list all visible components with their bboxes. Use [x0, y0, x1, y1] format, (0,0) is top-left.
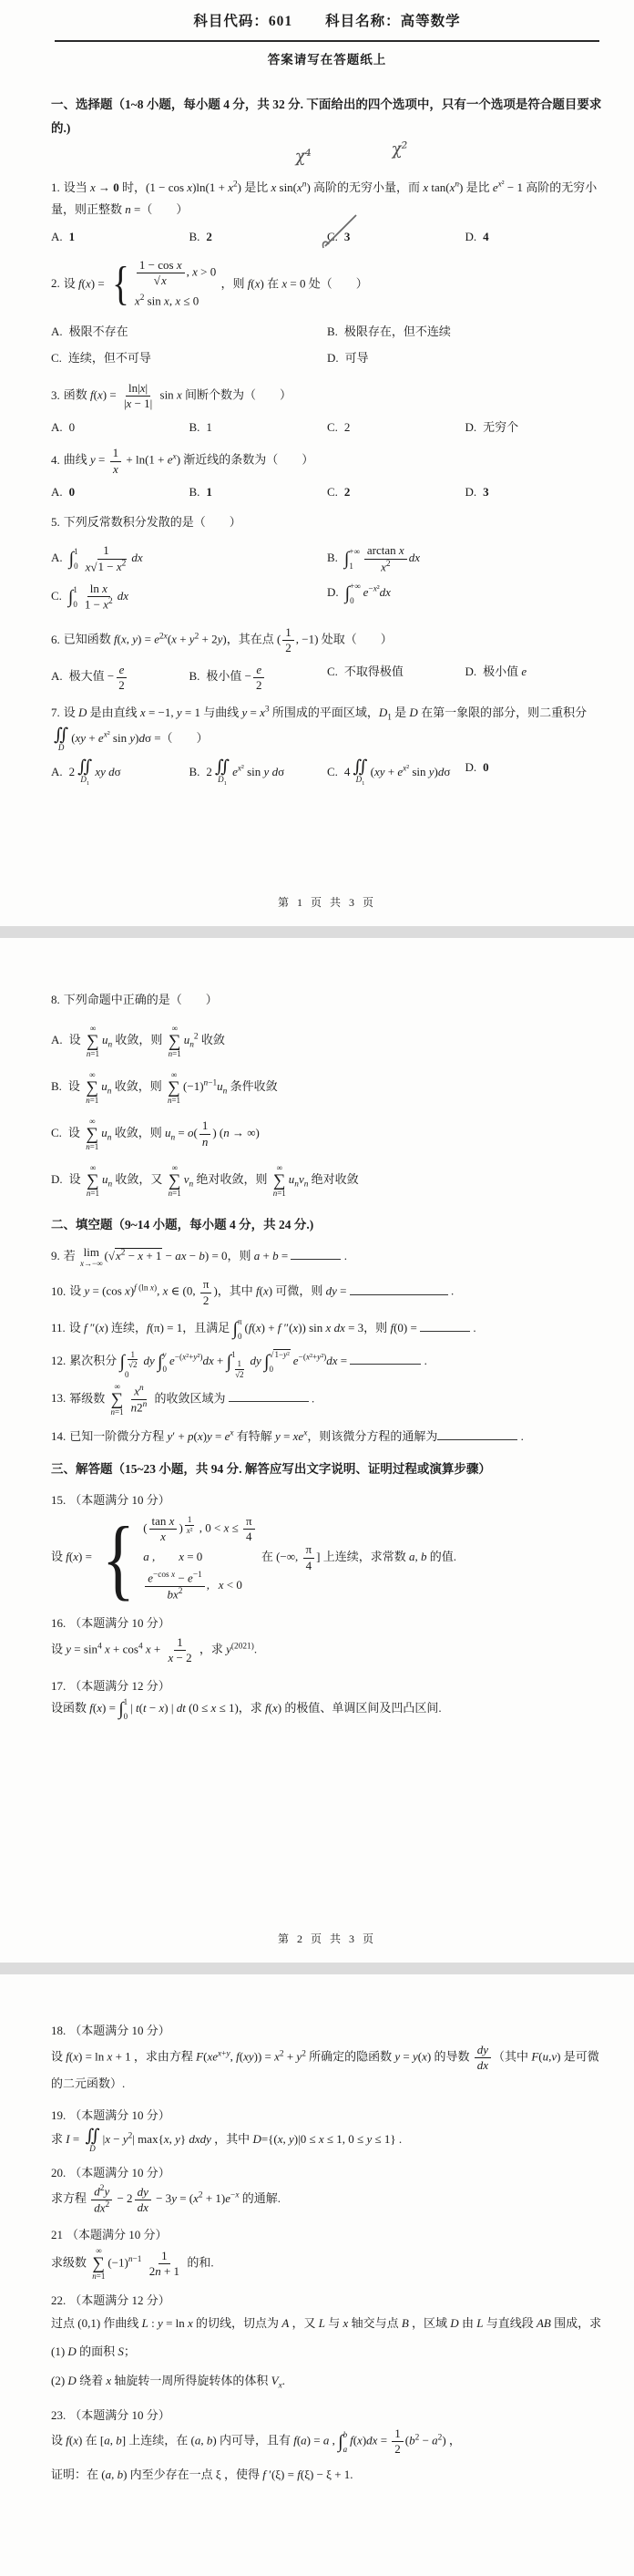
option-value: 1 [206, 485, 212, 499]
question-6-option-B: B.极小值 −e2 [189, 663, 328, 694]
question-8-options: A.设 ∞∑n=1un 收敛，则 ∞∑n=1un2 收敛B.设 ∞∑n=1un … [51, 1018, 603, 1204]
question-score: （本题满分 10 分） [69, 1493, 170, 1507]
option-value: 极小值 −e2 [206, 669, 266, 683]
option-value: 设 ∞∑n=1un 收敛，又 ∞∑n=1vn 绝对收敛，则 ∞∑n=1unvn … [69, 1172, 359, 1186]
option-label: B. [327, 551, 338, 564]
question-21-body: 21（本题满分 10 分）求级数 ∞∑n=1(−1)n−1 12n + 1 的和… [51, 2224, 603, 2281]
question-number: 16. [51, 1616, 66, 1630]
question-number: 23. [51, 2408, 66, 2422]
question-14: 14.已知一阶微分方程 y′ + p(x)y = ex 有特解 y = xex，… [51, 1426, 603, 1448]
question-23-body: 23.（本题满分 10 分）设 f(x) 在 [a, b] 上连续，在 (a, … [51, 2405, 603, 2458]
question-4-option-B: B.1 [189, 483, 328, 502]
question-score: （本题满分 10 分） [69, 2166, 170, 2179]
option-value: 2 [344, 485, 351, 499]
question-4-option-C: C.2 [327, 483, 465, 502]
option-label: A. [51, 325, 63, 338]
handwritten-note: χ² [391, 136, 410, 164]
question-16: 16.（本题满分 10 分）设 y = sin4 x + cos4 x + 1x… [51, 1613, 603, 1665]
option-label: B. [189, 765, 200, 778]
option-value: 极限不存在 [69, 325, 128, 338]
question-8-option-A: A.设 ∞∑n=1un 收敛，则 ∞∑n=1un2 收敛 [51, 1025, 603, 1058]
answer-note: 答案请写在答题纸上 [51, 50, 603, 70]
question-2-body: 2.设 f(x) = {1 − cos x√x, x > 0x2 sin x, … [51, 256, 603, 314]
question-number: 6. [51, 633, 60, 646]
option-value: 2∬D1xy dσ [69, 765, 121, 778]
option-value: 4∬D1(xy + ex² sin y)dσ [344, 765, 450, 778]
option-value: 1 [69, 230, 76, 243]
question-number: 17. [51, 1679, 66, 1693]
question-5: 5.下列反常数积分发散的是（ ）A.∫101x√1 − x2dxB.∫+∞1ar… [51, 511, 603, 616]
option-label: B. [189, 420, 200, 434]
question-number: 18. [51, 2024, 66, 2037]
question-20-body: 20.（本题满分 10 分）求方程 d2ydx2 − 2dydx − 3y = … [51, 2162, 603, 2216]
option-label: C. [51, 589, 62, 603]
question-1-body: 1.设当 x → 0 时，(1 − cos x)ln(1 + x2) 是比 x … [51, 177, 603, 222]
option-label: B. [189, 669, 200, 683]
question-number: 21 [51, 2228, 63, 2241]
question-5-option-C: C.∫10ln x1 − x2dx [51, 582, 327, 613]
question-22: 22.（本题满分 12 分）过点 (0,1) 作曲线 L : y = ln x … [51, 2290, 603, 2395]
question-22-body: 22.（本题满分 12 分）过点 (0,1) 作曲线 L : y = ln x … [51, 2290, 603, 2334]
option-label: D. [465, 420, 477, 434]
option-value: 1 [206, 420, 212, 434]
question-3-option-B: B.1 [189, 418, 328, 438]
question-number: 4. [51, 453, 60, 467]
option-label: B. [189, 485, 200, 499]
question-4: 4.曲线 y = 1x + ln(1 + ex) 渐近线的条数为（ ）A.0B.… [51, 446, 603, 501]
question-10: 10.设 y = (cos x)f (ln x), x ∈ (0, π2)，其中… [51, 1277, 603, 1308]
question-22-line-1: (1) D 的面积 S； [51, 2341, 603, 2364]
option-label: D. [327, 351, 339, 365]
question-score: （本题满分 10 分） [69, 2024, 170, 2037]
subject-code: 科目代码：601 [193, 14, 292, 29]
question-12: 12.累次积分 ∫1√20dy ∫y0e−(x²+y²)dx + ∫11√2dy… [51, 1350, 603, 1374]
question-score: （本题满分 10 分） [66, 2228, 168, 2241]
option-value: 设 ∞∑n=1un 收敛，则 ∞∑n=1(−1)n−1un 条件收敛 [68, 1079, 278, 1093]
page-1-content: 一、选择题（1~8 小题，每小题 4 分，共 32 分. 下面给出的四个选项中，… [51, 84, 603, 796]
option-value: 4 [483, 230, 489, 243]
question-8-option-B: B.设 ∞∑n=1un 收敛，则 ∞∑n=1(−1)n−1un 条件收敛 [51, 1071, 603, 1105]
option-value: 2 [206, 230, 212, 243]
page-3-content: 18.（本题满分 10 分）设 f(x) = ln x + 1 ，求由方程 F(… [51, 2011, 603, 2495]
option-value: 0 [69, 485, 76, 499]
question-number: 2. [51, 276, 60, 290]
question-number: 15. [51, 1493, 66, 1507]
question-number: 3. [51, 388, 60, 402]
option-label: C. [327, 665, 338, 678]
page-1-footer: 第 1 页 共 3 页 [51, 889, 603, 926]
question-16-body: 16.（本题满分 10 分）设 y = sin4 x + cos4 x + 1x… [51, 1613, 603, 1665]
option-label: D. [465, 760, 477, 774]
question-15: 15.（本题满分 10 分）设 f(x) = {(tan xx)1x² , 0 … [51, 1489, 603, 1603]
question-number: 1. [51, 180, 60, 194]
option-label: A. [51, 551, 63, 564]
question-8-body: 8.下列命题中正确的是（ ） [51, 989, 603, 1012]
question-7-option-C: C.4∬D1(xy + ex² sin y)dσ [327, 758, 465, 787]
question-1-option-D: D.4 [465, 228, 604, 247]
question-number: 10. [51, 1284, 66, 1298]
question-23: 23.（本题满分 10 分）设 f(x) 在 [a, b] 上连续，在 (a, … [51, 2405, 603, 2487]
question-number: 7. [51, 706, 60, 719]
option-label: C. [327, 230, 338, 243]
question-5-option-D: D.∫+∞0e−x²dx [327, 582, 603, 613]
question-6-option-D: D.极小值 e [465, 663, 604, 694]
question-4-option-A: A.0 [51, 483, 189, 502]
option-value: 0 [69, 420, 76, 434]
question-number: 22. [51, 2293, 66, 2307]
question-10-body: 10.设 y = (cos x)f (ln x), x ∈ (0, π2)，其中… [51, 1277, 603, 1308]
option-value: 不取得极值 [344, 665, 404, 678]
question-number: 5. [51, 515, 60, 529]
option-label: B. [189, 230, 200, 243]
question-1-option-C: C.3 [327, 228, 465, 247]
section-title: 二、填空题（9~14 小题，每小题 4 分，共 24 分.) [51, 1213, 603, 1237]
option-label: D. [465, 230, 477, 243]
question-11-body: 11.设 f ″(x) 连续，f(π) = 1，且满足 ∫π0(f(x) + f… [51, 1317, 603, 1341]
option-value: 极大值 −e2 [69, 669, 129, 683]
option-label: C. [51, 351, 62, 365]
option-value: 3 [483, 485, 489, 499]
question-6-options: A.极大值 −e2B.极小值 −e2C.不取得极值D.极小值 e [51, 663, 603, 694]
option-label: A. [51, 669, 63, 683]
question-number: 13. [51, 1391, 66, 1405]
question-4-option-D: D.3 [465, 483, 604, 502]
question-3-option-A: A.0 [51, 418, 189, 438]
option-value: ∫+∞1arctan xx2dx [344, 551, 420, 564]
option-value: 无穷个 [483, 420, 518, 434]
question-9: 9.若 limx→−∞(√x2 − x + 1 − ax − b) = 0，则 … [51, 1245, 603, 1268]
option-value: 设 ∞∑n=1un 收敛，则 un = o(1n) (n → ∞) [68, 1126, 260, 1139]
question-21: 21（本题满分 10 分）求级数 ∞∑n=1(−1)n−1 12n + 1 的和… [51, 2224, 603, 2281]
option-value: 可导 [345, 351, 369, 365]
question-17: 17.（本题满分 12 分）设函数 f(x) = ∫10| t(t − x) |… [51, 1675, 603, 1722]
question-5-option-B: B.∫+∞1arctan xx2dx [327, 543, 603, 574]
question-8-option-C: C.设 ∞∑n=1un 收敛，则 un = o(1n) (n → ∞) [51, 1118, 603, 1151]
question-7-body: 7.设 D 是由直线 x = −1, y = 1 与曲线 y = x3 所围成的… [51, 702, 603, 752]
question-score: （本题满分 10 分） [69, 2108, 170, 2122]
exam-page-1: 科目代码：601科目名称：高等数学 答案请写在答题纸上 一、选择题（1~8 小题… [0, 0, 634, 926]
question-6-option-A: A.极大值 −e2 [51, 663, 189, 694]
option-label: D. [51, 1172, 63, 1186]
handwritten-annotations: χ⁴χ² [51, 142, 603, 168]
question-1-option-A: A.1 [51, 228, 189, 247]
question-20: 20.（本题满分 10 分）求方程 d2ydx2 − 2dydx − 3y = … [51, 2162, 603, 2216]
option-value: 设 ∞∑n=1un 收敛，则 ∞∑n=1un2 收敛 [69, 1033, 225, 1046]
question-13: 13.幂级数 ∞∑n=1xnn2n 的收敛区域为 . [51, 1383, 603, 1417]
option-value: ∫+∞0e−x²dx [345, 585, 391, 599]
option-value: 极限存在，但不连续 [344, 325, 451, 338]
question-4-body: 4.曲线 y = 1x + ln(1 + ex) 渐近线的条数为（ ） [51, 446, 603, 477]
question-19: 19.（本题满分 10 分）求 I = ∬D|x − y2| max{x, y}… [51, 2105, 603, 2153]
exam-paper-scan: 科目代码：601科目名称：高等数学 答案请写在答题纸上 一、选择题（1~8 小题… [0, 0, 634, 2576]
question-number: 8. [51, 993, 60, 1006]
page-2-content: 8.下列命题中正确的是（ ）A.设 ∞∑n=1un 收敛，则 ∞∑n=1un2 … [51, 980, 603, 1730]
question-11: 11.设 f ″(x) 连续，f(π) = 1，且满足 ∫π0(f(x) + f… [51, 1317, 603, 1341]
question-number: 9. [51, 1249, 60, 1262]
question-3-option-D: D.无穷个 [465, 418, 604, 438]
question-2: 2.设 f(x) = {1 − cos x√x, x > 0x2 sin x, … [51, 256, 603, 372]
question-5-option-A: A.∫101x√1 − x2dx [51, 543, 327, 574]
question-7-option-A: A.2∬D1xy dσ [51, 758, 189, 787]
question-6: 6.已知函数 f(x, y) = e2x(x + y2 + 2y)，其在点 (1… [51, 625, 603, 693]
option-value: ∫101x√1 − x2dx [69, 551, 143, 564]
question-5-options: A.∫101x√1 − x2dxB.∫+∞1arctan xx2dxC.∫10l… [51, 540, 603, 616]
question-7-options: A.2∬D1xy dσB.2∬D1ex² sin y dσC.4∬D1(xy +… [51, 758, 603, 787]
option-value: 0 [483, 760, 489, 774]
question-score: （本题满分 12 分） [69, 2293, 170, 2307]
header-rule [55, 40, 599, 42]
question-2-option-C: C.连续，但不可导 [51, 349, 327, 368]
question-13-body: 13.幂级数 ∞∑n=1xnn2n 的收敛区域为 . [51, 1383, 603, 1417]
option-label: B. [327, 325, 338, 338]
question-3-option-C: C.2 [327, 418, 465, 438]
option-label: D. [465, 485, 477, 499]
option-label: A. [51, 765, 63, 778]
question-1-option-B: B.2 [189, 228, 328, 247]
question-number: 20. [51, 2166, 66, 2179]
option-value: 连续，但不可导 [68, 351, 151, 365]
question-score: （本题满分 10 分） [69, 2408, 170, 2422]
option-value: 3 [344, 230, 351, 243]
question-1: 1.设当 x → 0 时，(1 − cos x)ln(1 + x2) 是比 x … [51, 177, 603, 247]
question-6-option-C: C.不取得极值 [327, 663, 465, 694]
exam-header: 科目代码：601科目名称：高等数学 [51, 11, 603, 34]
option-value: 2∬D1ex² sin y dσ [206, 765, 284, 778]
question-7: 7.设 D 是由直线 x = −1, y = 1 与曲线 y = x3 所围成的… [51, 702, 603, 788]
question-9-body: 9.若 limx→−∞(√x2 − x + 1 − ax − b) = 0，则 … [51, 1245, 603, 1268]
page-2-footer: 第 2 页 共 3 页 [51, 1925, 603, 1963]
option-label: A. [51, 420, 63, 434]
question-score: （本题满分 12 分） [69, 1679, 170, 1693]
question-23-line-1: 证明：在 (a, b) 内至少存在一点 ξ ，使得 f ′(ξ) = f(ξ) … [51, 2464, 603, 2487]
option-label: B. [51, 1079, 62, 1093]
question-1-options: A.1B.2C.3D.4 [51, 228, 603, 247]
option-label: C. [327, 765, 338, 778]
option-label: D. [465, 665, 477, 678]
option-label: D. [327, 585, 339, 599]
question-22-line-2: (2) D 绕着 x 轴旋转一周所得旋转体的体积 Vx. [51, 2370, 603, 2395]
question-2-options: A.极限不存在B.极限存在，但不连续C.连续，但不可导D.可导 [51, 319, 603, 372]
question-7-option-B: B.2∬D1ex² sin y dσ [189, 758, 328, 787]
question-score: （本题满分 10 分） [69, 1616, 170, 1630]
question-6-body: 6.已知函数 f(x, y) = e2x(x + y2 + 2y)，其在点 (1… [51, 625, 603, 656]
page-divider [0, 1963, 634, 1974]
page-divider [0, 926, 634, 938]
question-14-body: 14.已知一阶微分方程 y′ + p(x)y = ex 有特解 y = xex，… [51, 1426, 603, 1448]
option-label: C. [327, 420, 338, 434]
option-value: 极小值 e [483, 665, 527, 678]
subject-name: 科目名称：高等数学 [325, 14, 461, 29]
question-2-option-D: D.可导 [327, 349, 603, 368]
question-17-body: 17.（本题满分 12 分）设函数 f(x) = ∫10| t(t − x) |… [51, 1675, 603, 1722]
question-8: 8.下列命题中正确的是（ ）A.设 ∞∑n=1un 收敛，则 ∞∑n=1un2 … [51, 989, 603, 1204]
question-number: 19. [51, 2108, 66, 2122]
question-4-options: A.0B.1C.2D.3 [51, 483, 603, 502]
option-value: ∫10ln x1 − x2dx [68, 589, 128, 603]
question-3-options: A.0B.1C.2D.无穷个 [51, 418, 603, 438]
option-label: C. [51, 1126, 62, 1139]
question-number: 12. [51, 1354, 66, 1367]
section-title: 一、选择题（1~8 小题，每小题 4 分，共 32 分. 下面给出的四个选项中，… [51, 93, 603, 139]
option-label: A. [51, 230, 63, 243]
option-value: 2 [344, 420, 351, 434]
question-18-body: 18.（本题满分 10 分）设 f(x) = ln x + 1 ，求由方程 F(… [51, 2020, 603, 2096]
question-12-body: 12.累次积分 ∫1√20dy ∫y0e−(x²+y²)dx + ∫11√2dy… [51, 1350, 603, 1374]
question-3-body: 3.函数 f(x) = ln|x||x − 1| sin x 间断个数为（ ） [51, 381, 603, 412]
question-number: 11. [51, 1321, 66, 1334]
option-label: C. [327, 485, 338, 499]
question-7-option-D: D.0 [465, 758, 604, 787]
question-2-option-A: A.极限不存在 [51, 323, 327, 342]
question-number: 14. [51, 1429, 66, 1443]
exam-page-3: 18.（本题满分 10 分）设 f(x) = ln x + 1 ，求由方程 F(… [0, 1974, 634, 2576]
question-18: 18.（本题满分 10 分）设 f(x) = ln x + 1 ，求由方程 F(… [51, 2020, 603, 2096]
question-15-body: 15.（本题满分 10 分）设 f(x) = {(tan xx)1x² , 0 … [51, 1489, 603, 1603]
question-2-option-B: B.极限存在，但不连续 [327, 323, 603, 342]
option-label: A. [51, 1033, 63, 1046]
question-8-option-D: D.设 ∞∑n=1un 收敛，又 ∞∑n=1vn 绝对收敛，则 ∞∑n=1unv… [51, 1164, 603, 1198]
section-title: 三、解答题（15~23 小题，共 94 分. 解答应写出文字说明、证明过程或演算… [51, 1458, 603, 1481]
question-3: 3.函数 f(x) = ln|x||x − 1| sin x 间断个数为（ ）A… [51, 381, 603, 437]
handwritten-note: χ⁴ [294, 143, 312, 170]
question-19-body: 19.（本题满分 10 分）求 I = ∬D|x − y2| max{x, y}… [51, 2105, 603, 2153]
exam-page-2: 8.下列命题中正确的是（ ）A.设 ∞∑n=1un 收敛，则 ∞∑n=1un2 … [0, 938, 634, 1963]
question-5-body: 5.下列反常数积分发散的是（ ） [51, 511, 603, 534]
option-label: A. [51, 485, 63, 499]
